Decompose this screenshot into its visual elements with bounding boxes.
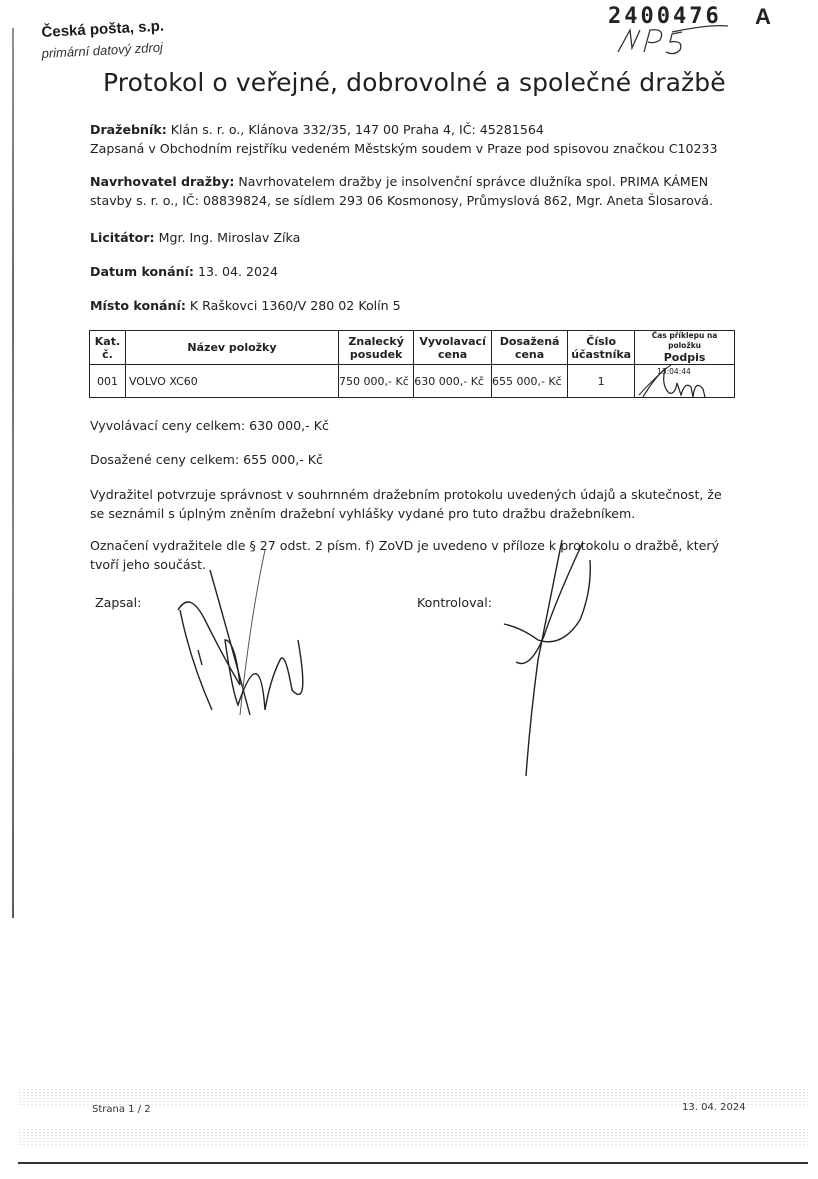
bidder-signature-icon bbox=[635, 365, 743, 399]
proposer-details: stavby s. r. o., IČ: 08839824, se sídlem… bbox=[90, 193, 713, 208]
cell-participant: 1 bbox=[568, 365, 635, 398]
auctioneer-registry: Zapsaná v Obchodním rejstříku vedeném Mě… bbox=[90, 141, 718, 156]
auctioneer-field: Dražebník: Klán s. r. o., Klánova 332/35… bbox=[90, 120, 718, 158]
handwritten-note-icon bbox=[610, 22, 730, 58]
proposer-field: Navrhovatel dražby: Navrhovatelem dražby… bbox=[90, 172, 713, 210]
cell-kat: 001 bbox=[90, 365, 126, 398]
auctioneer-value: Klán s. r. o., Klánova 332/35, 147 00 Pr… bbox=[171, 122, 544, 137]
date-value: 13. 04. 2024 bbox=[198, 264, 278, 279]
auction-items-table: Kat. č. Název položky Znalecký posudek V… bbox=[89, 330, 735, 398]
starting-total: Vyvolávací ceny celkem: 630 000,- Kč bbox=[90, 416, 329, 435]
document-title: Protokol o veřejné, dobrovolné a společn… bbox=[103, 68, 726, 97]
cell-name: VOLVO XC60 bbox=[125, 365, 338, 398]
confirmation-line-2: se seznámil s úplným zněním dražební vyh… bbox=[90, 506, 635, 521]
footer-divider bbox=[18, 1162, 808, 1164]
place-field: Místo konání: K Raškovci 1360/V 280 02 K… bbox=[90, 296, 401, 315]
header-name: Název položky bbox=[125, 331, 338, 365]
reference-suffix: A bbox=[755, 4, 771, 30]
scan-edge-line bbox=[12, 28, 14, 918]
table-header-row: Kat. č. Název položky Znalecký posudek V… bbox=[90, 331, 735, 365]
postal-stamp-title: Česká pošta, s.p. bbox=[41, 18, 164, 41]
auctioneer-label: Dražebník: bbox=[90, 122, 167, 137]
cell-appraisal: 750 000,- Kč bbox=[339, 365, 414, 398]
place-value: K Raškovci 1360/V 280 02 Kolín 5 bbox=[190, 298, 401, 313]
date-label: Datum konání: bbox=[90, 264, 194, 279]
proposer-value: Navrhovatelem dražby je insolvenční sprá… bbox=[238, 174, 708, 189]
page-number: Strana 1 / 2 bbox=[92, 1104, 151, 1115]
table-row: 001 VOLVO XC60 750 000,- Kč 630 000,- Kč… bbox=[90, 365, 735, 398]
cell-starting-price: 630 000,- Kč bbox=[414, 365, 492, 398]
cell-signature: 13:04:44 bbox=[635, 365, 735, 398]
header-kat: Kat. č. bbox=[90, 331, 126, 365]
header-signature-label: Podpis bbox=[664, 351, 706, 364]
postal-stamp-subtitle: primární datový zdroj bbox=[41, 40, 163, 61]
licitator-label: Licitátor: bbox=[90, 230, 155, 245]
confirmation-line-1: Vydražitel potvrzuje správnost v souhrnn… bbox=[90, 487, 722, 502]
header-achieved-price: Dosažená cena bbox=[491, 331, 567, 365]
header-signature: Čas příklepu na položku Podpis bbox=[635, 331, 735, 365]
confirmation-statement: Vydražitel potvrzuje správnost v souhrnn… bbox=[90, 485, 722, 523]
cell-achieved-price: 655 000,- Kč bbox=[491, 365, 567, 398]
recorder-signature-icon bbox=[150, 540, 330, 730]
checked-by-label: Kontroloval: bbox=[417, 595, 492, 610]
licitator-value: Mgr. Ing. Miroslav Zíka bbox=[159, 230, 301, 245]
footer-scan-noise-bottom bbox=[18, 1128, 808, 1146]
place-label: Místo konání: bbox=[90, 298, 186, 313]
achieved-total: Dosažené ceny celkem: 655 000,- Kč bbox=[90, 450, 323, 469]
header-appraisal: Znalecký posudek bbox=[339, 331, 414, 365]
controller-signature-icon bbox=[500, 540, 610, 780]
recorded-by-label: Zapsal: bbox=[95, 595, 141, 610]
footer-date: 13. 04. 2024 bbox=[682, 1102, 746, 1113]
licitator-field: Licitátor: Mgr. Ing. Miroslav Zíka bbox=[90, 228, 300, 247]
header-participant: Číslo účastníka bbox=[568, 331, 635, 365]
header-starting-price: Vyvolavací cena bbox=[414, 331, 492, 365]
header-hammer-time: Čas příklepu na položku bbox=[638, 331, 731, 351]
proposer-label: Navrhovatel dražby: bbox=[90, 174, 234, 189]
date-field: Datum konání: 13. 04. 2024 bbox=[90, 262, 278, 281]
